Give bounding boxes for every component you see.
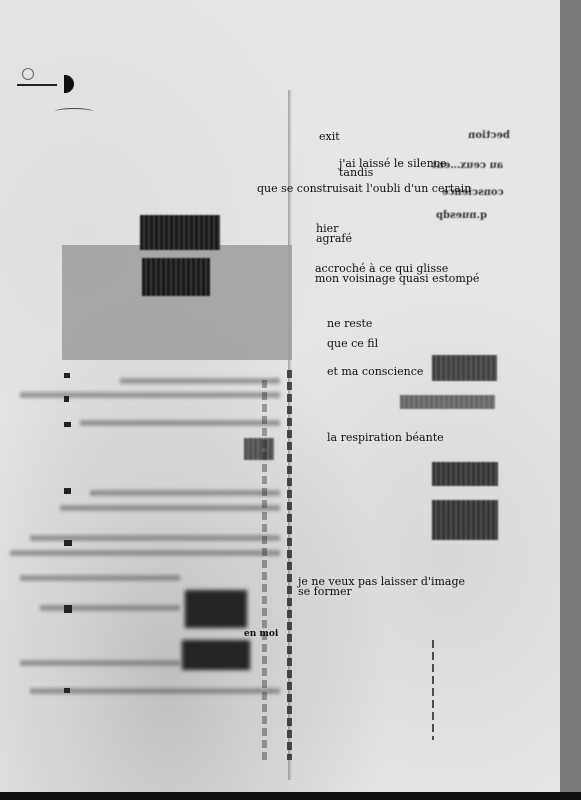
smear-line	[20, 575, 180, 581]
poem-line: la respiration béante	[327, 433, 444, 443]
ink-stamp-bottom	[142, 258, 210, 296]
ink-stamp-right-3	[432, 462, 498, 486]
margin-bullet	[64, 605, 72, 613]
wavy-line-mark	[55, 108, 93, 115]
ink-stamp-top	[140, 215, 220, 250]
ink-stamp-right-1	[432, 355, 497, 381]
poem-line: exit	[319, 132, 340, 142]
smear-line	[120, 378, 280, 384]
blurred-block-bottom	[182, 640, 250, 670]
smear-line	[10, 550, 280, 556]
smear-line	[80, 420, 280, 426]
margin-bullet	[64, 373, 70, 378]
margin-bullet	[64, 688, 70, 693]
ink-square-left	[244, 438, 274, 460]
scanned-page: bection au ceux…ent conscience q.nuesdp …	[0, 0, 560, 795]
poem-line: se former	[298, 587, 352, 597]
blurred-block-top	[185, 590, 247, 628]
vertical-dash-column	[262, 380, 267, 760]
scan-right-edge	[560, 0, 581, 800]
margin-bullet	[64, 422, 71, 427]
margin-bullet	[64, 396, 69, 402]
poem-line: mon voisinage quasi estompé	[315, 274, 479, 284]
smear-line	[20, 660, 180, 666]
smear-line	[60, 505, 280, 511]
poem-line: que ce fil	[327, 339, 378, 349]
margin-bullet	[64, 540, 72, 546]
vertical-dash-column	[432, 640, 434, 740]
margin-bullet	[64, 488, 71, 494]
vertical-dash-column	[287, 370, 292, 760]
mirrored-ghost-text: bection	[468, 130, 510, 141]
poem-line: en moi	[244, 629, 278, 639]
smear-line	[90, 490, 280, 496]
poem-line: ne reste	[327, 319, 372, 329]
mirrored-ghost-text: q.nuesdp	[436, 210, 487, 221]
ink-stamp-right-4	[432, 500, 498, 540]
poem-line: que se construisait l'oubli d'un certain	[257, 184, 471, 194]
ink-stamp-right-2	[400, 395, 495, 409]
poem-line: tandis	[339, 168, 373, 178]
half-moon-icon	[64, 75, 74, 93]
poem-line: agrafé	[316, 234, 352, 244]
smear-line	[20, 392, 280, 398]
scan-bottom-edge	[0, 792, 581, 800]
smear-line	[40, 605, 180, 611]
circle-mark-icon	[22, 68, 34, 80]
horizontal-line-mark	[17, 84, 57, 86]
poem-line: et ma conscience	[327, 367, 423, 377]
